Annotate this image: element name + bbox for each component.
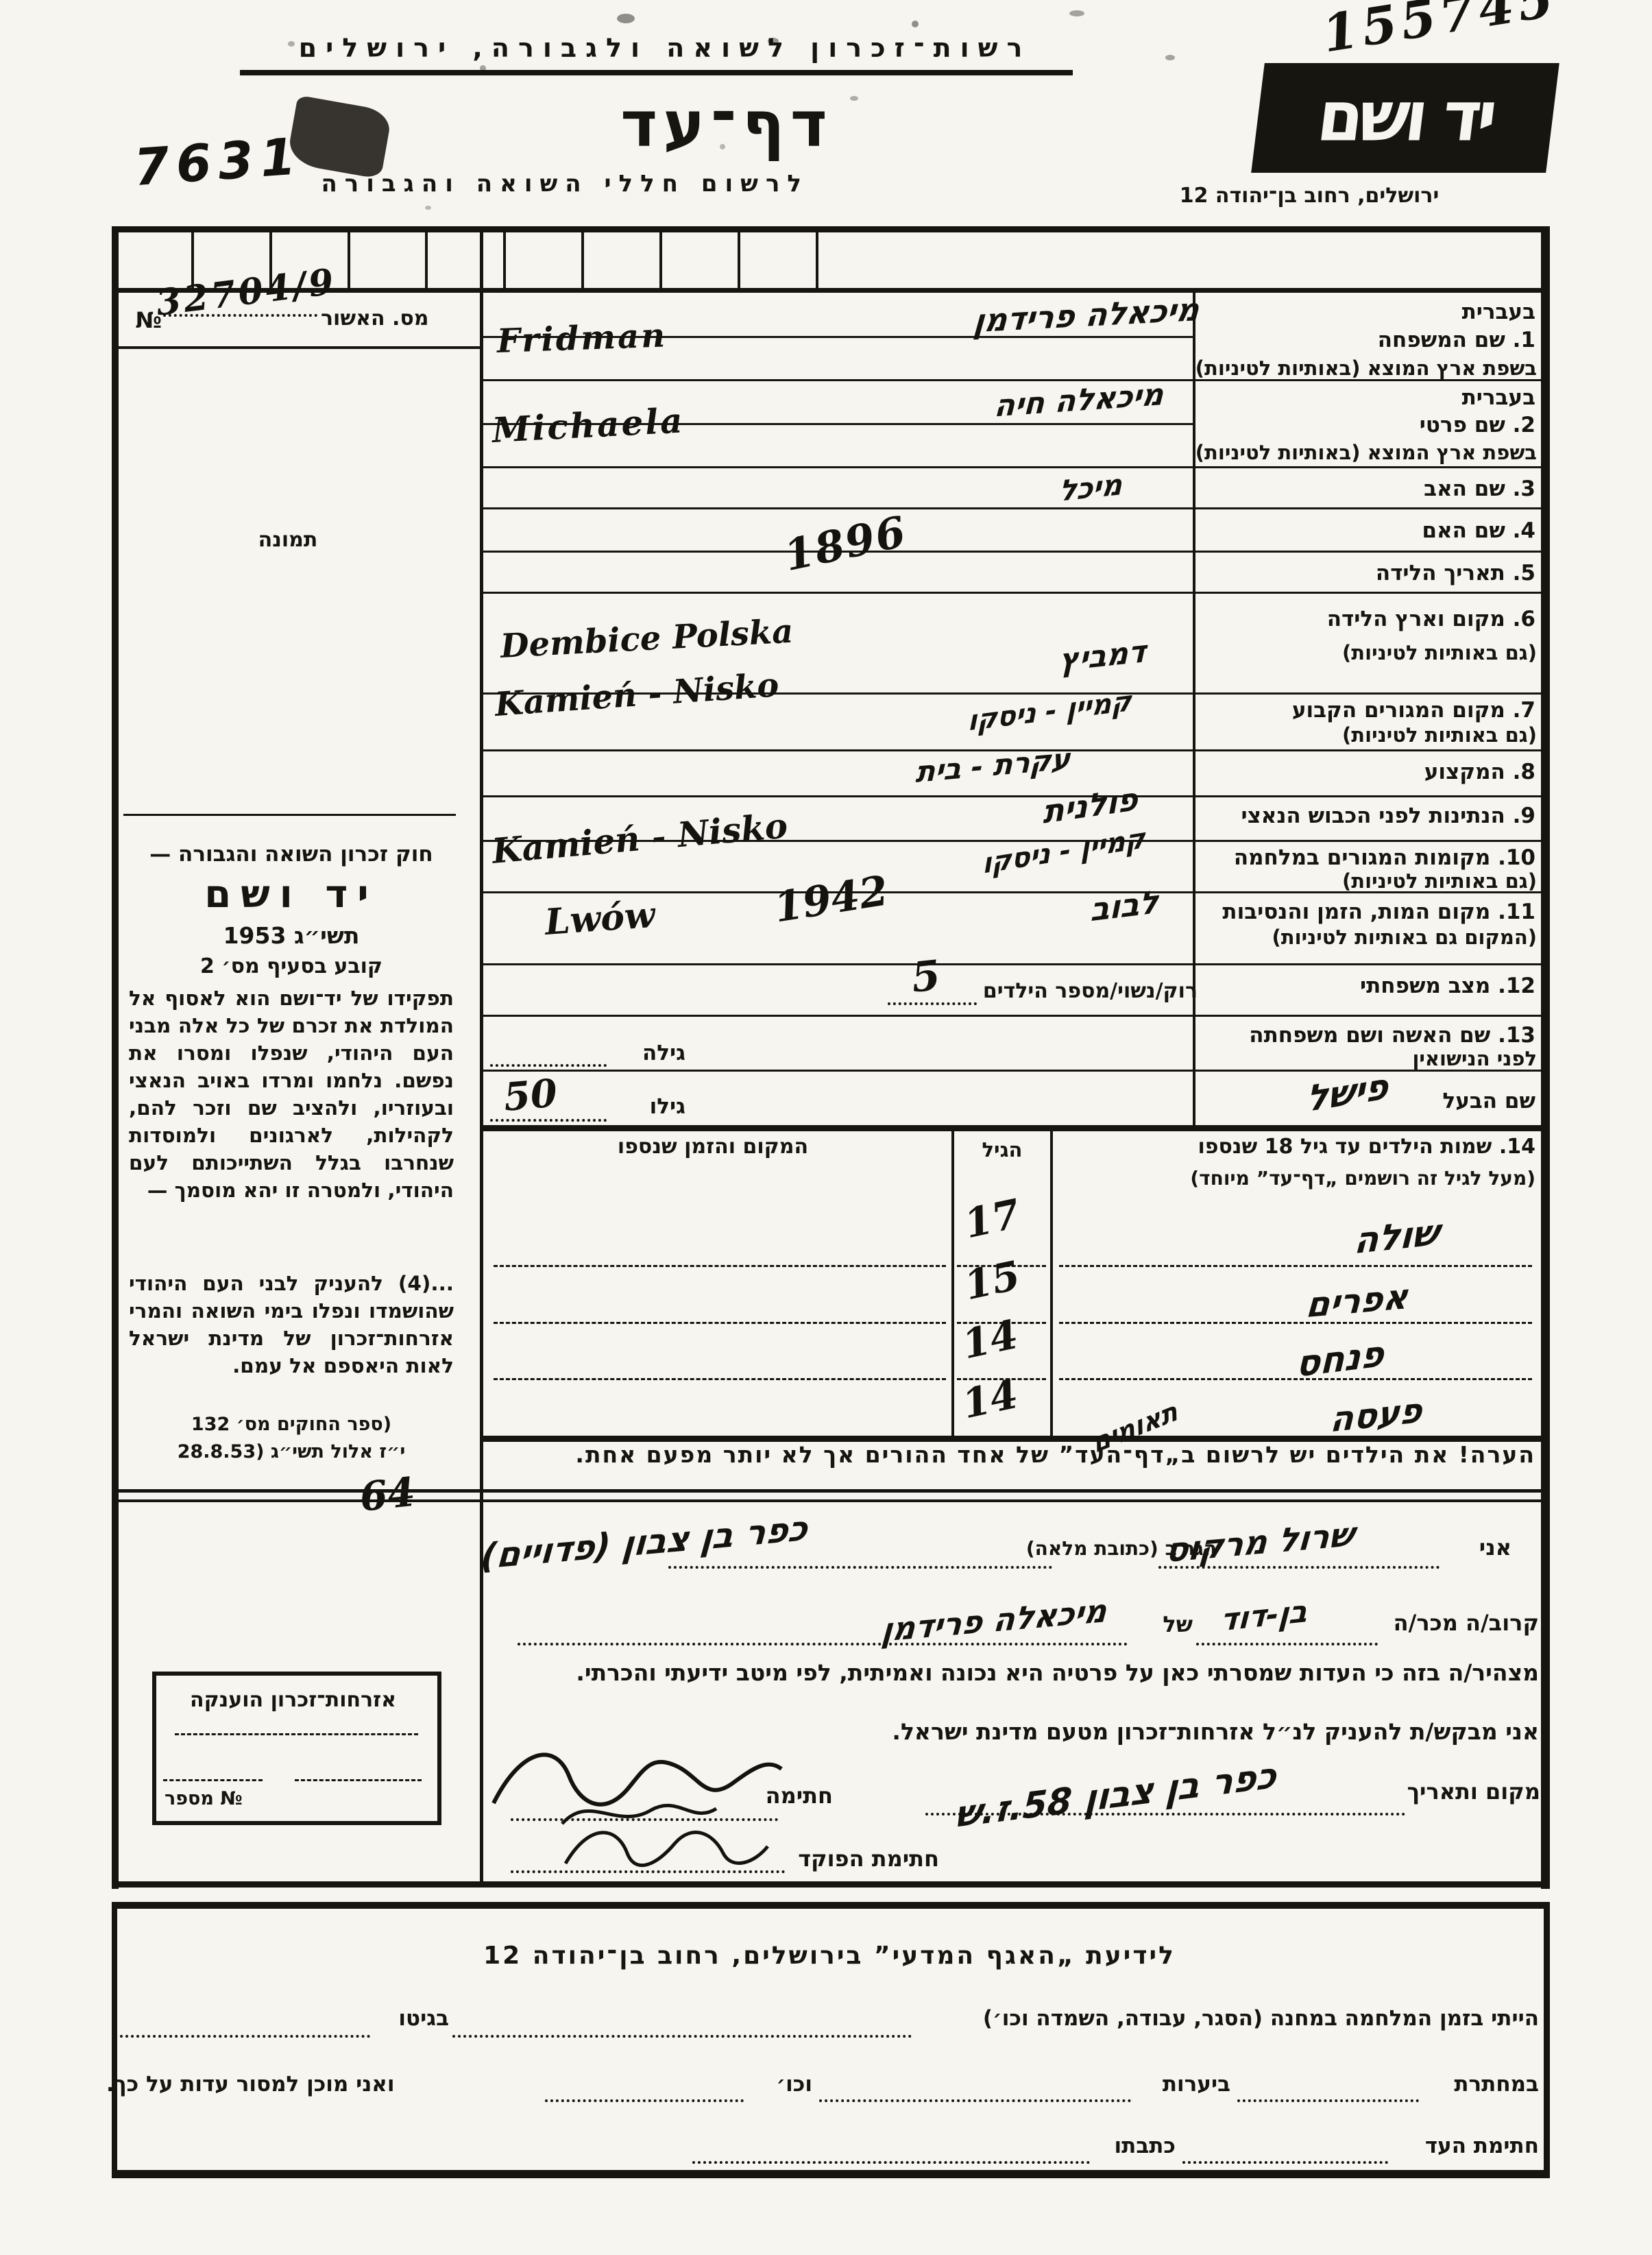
yad-vashem-logo-text: יד ושם — [1253, 76, 1557, 157]
war-residence-latin-handwritten: Kamień - Nisko — [490, 805, 789, 871]
field-number: 12. — [1498, 974, 1535, 998]
file-number-handwritten: 155745 — [1318, 0, 1561, 64]
footer-line2-dots-c — [545, 2099, 744, 2102]
child-row-line — [1059, 1322, 1532, 1324]
yad-vashem-logo: יד ושם — [1251, 63, 1559, 173]
field-text: שם פרטי — [1420, 413, 1505, 437]
family-name-hebrew-handwritten: מיכאלה פרידמן — [972, 291, 1201, 340]
field-1-sub: בשפת ארץ המוצא (באותיות לטיניות) — [1200, 357, 1537, 380]
declaration-text: מצהיר/ה בזה כי העדות שמסרתי כאן על פרטיה… — [507, 1659, 1539, 1686]
field-text: הנתינות לפני הכבוש הנאצי — [1241, 804, 1505, 828]
death-year-handwritten: 1942 — [771, 867, 892, 932]
strip-cell-divider — [659, 230, 662, 288]
children-count-line — [888, 1002, 977, 1005]
law-year: תשי״ג 1953 — [130, 922, 452, 949]
footer-line3-dots-a — [1182, 2161, 1388, 2164]
law-body-2: ...(4) להעניק לבני העם היהודי שהושמדו ונ… — [129, 1270, 454, 1379]
field-text: שם האב — [1424, 477, 1505, 501]
row-line — [483, 592, 1541, 594]
his-age-label: גילו — [617, 1094, 685, 1119]
scan-speckle — [425, 206, 431, 210]
citizenship-handwritten: פולנית — [1043, 780, 1137, 831]
double-rule-a — [115, 1489, 1541, 1493]
citizenship-granted-title: אזרחות־זכרון הוענקה — [165, 1688, 422, 1712]
field-text: מצב משפחתי — [1360, 974, 1490, 998]
footer-forests-label: ביערות — [1138, 2072, 1230, 2097]
strip-cell-divider — [581, 230, 584, 288]
field-6-label: 6. מקום וארץ הלידה — [1200, 607, 1535, 631]
child-2-age-handwritten: 15 — [960, 1252, 1024, 1309]
witness-of-handwritten: מיכאלה פרידמן — [880, 1592, 1108, 1649]
birthplace-latin-handwritten: Dembice Polska — [500, 612, 794, 666]
footer-box-top-border — [112, 1902, 1550, 1909]
field-text: שם האשה ושם משפחתה — [1249, 1023, 1490, 1048]
law-name: יד ושם — [130, 872, 452, 917]
field-number: 8. — [1513, 760, 1535, 784]
death-place-hebrew-handwritten: לבוב — [1090, 883, 1158, 929]
approval-number-label: מס. האשור — [321, 306, 465, 330]
field-5-label: 5. תאריך הלידה — [1200, 561, 1535, 586]
scan-speckle — [850, 96, 858, 101]
witness-relation-line — [1196, 1643, 1378, 1645]
child-1-name-handwritten: שולה — [1353, 1212, 1441, 1263]
citizenship-granted-line2b — [163, 1779, 263, 1781]
given-name-hebrew-handwritten: מיכאלה חיה — [993, 377, 1165, 424]
form-subtitle: לרשום חללי השואה והגבורה — [329, 170, 809, 197]
double-rule-b — [115, 1499, 1541, 1502]
footer-box-right-border — [1544, 1902, 1550, 2176]
address-number-handwritten: 64 — [357, 1469, 417, 1521]
field-number: 11. — [1498, 900, 1535, 924]
field-number: 4. — [1513, 518, 1535, 543]
strip-cell-divider — [738, 230, 740, 288]
child-row-line — [1059, 1265, 1532, 1267]
field-12-label: 12. מצב משפחתי — [1200, 974, 1535, 998]
residence-latin-handwritten: Kamień - Nisko — [494, 666, 780, 724]
main-box-right-border — [1541, 226, 1550, 1889]
photo-area-bottom-line — [123, 814, 456, 816]
field-text: מקומות המגורים במלחמה — [1234, 845, 1490, 870]
row-line — [483, 551, 1541, 553]
scan-speckle — [1069, 10, 1084, 16]
clerk-signature-label: חתימת הפוקד — [788, 1846, 939, 1872]
strip-cell-divider — [816, 230, 818, 288]
footer-address-label: כתבתו — [1090, 2134, 1176, 2158]
field-number: 2. — [1513, 413, 1535, 437]
registry-authority-line: רשות־זכרון לשואה ולגבורה, ירושלים — [243, 33, 1086, 63]
his-age-handwritten: 50 — [502, 1070, 559, 1120]
children-title: 14. שמות הילדים עד גיל 18 שנספו — [1066, 1135, 1535, 1159]
field-number: 7. — [1513, 698, 1535, 723]
law-section: קובע בסעיף מס׳ 2 — [130, 954, 452, 978]
father-name-handwritten: מיכל — [1059, 468, 1123, 508]
child-3-age-handwritten: 14 — [958, 1311, 1022, 1368]
birth-year-handwritten: 1896 — [779, 506, 911, 581]
field-number: 13. — [1498, 1023, 1535, 1048]
field-text: המקצוע — [1424, 760, 1505, 784]
field-10-sub: (גם באותיות לטיניות) — [1200, 869, 1537, 893]
law-ref-1: (ספר החוקים מס׳ 132 — [137, 1414, 446, 1435]
field-8-label: 8. המקצוע — [1200, 760, 1535, 784]
strip-cell-divider — [425, 230, 428, 288]
row-line — [483, 1015, 1541, 1017]
witness-i-label: אני — [1443, 1534, 1511, 1560]
testimony-page-scan: רשות־זכרון לשואה ולגבורה, ירושלים דף־עד … — [0, 0, 1652, 2255]
field-3-label: 3. שם האב — [1200, 477, 1535, 501]
strip-cell-divider — [348, 230, 350, 288]
main-box-top-border — [112, 226, 1549, 232]
marital-status-printed: רוק/נשוי/מספר הילדים — [982, 979, 1198, 1003]
place-date-handwritten: כפר בן צבון 58.ז.ש — [954, 1755, 1278, 1836]
field-2-sub: בשפת ארץ המוצא (באותיות לטיניות) — [1200, 441, 1537, 464]
children-col-age: הגיל — [954, 1138, 1050, 1161]
footer-line1-dots-a — [452, 2035, 912, 2038]
page-number-handwritten: 7631 — [132, 127, 304, 197]
war-residence-hebrew-handwritten: קמיין - ניסקו — [982, 823, 1145, 880]
footer-underground-label: במחתרת — [1426, 2072, 1539, 2097]
footer-box-bottom-border — [112, 2170, 1550, 2178]
footer-etc-label: וכו׳ — [751, 2072, 812, 2097]
main-box-left-border — [112, 226, 119, 1889]
children-note: הערה! את הילדים יש לרשום ב„דף־העד” של אח… — [504, 1441, 1535, 1468]
field-7-label: 7. מקום המגורים הקבוע — [1200, 698, 1535, 723]
field-number: 9. — [1513, 804, 1535, 828]
declaration-request: אני מבקש/ת להעניק לנ״ל אזרחות־זכרון מטעם… — [946, 1718, 1539, 1745]
citizenship-granted-line2a — [295, 1779, 422, 1781]
witness-residing-label: הגר ב (כתובת מלאה) — [970, 1537, 1217, 1560]
citizenship-granted-line1 — [175, 1733, 418, 1735]
footer-line2-dots-b — [819, 2099, 1131, 2102]
children-age-col-left-divider — [951, 1128, 954, 1438]
law-body-1: תפקידו של יד־ושם הוא לאסוף אל המולדת את … — [129, 985, 454, 1204]
row-line — [483, 466, 1541, 468]
field-11-sub: (המקום גם באותיות לטיניות) — [1200, 926, 1537, 949]
field-text: מקום המות, הזמן והנסיבות — [1222, 900, 1490, 924]
child-4-name-handwritten: פעסה — [1329, 1390, 1424, 1440]
footer-ghetto-label: בגיטו — [374, 2006, 449, 2031]
row-line — [483, 963, 1541, 965]
citizenship-granted-number-label: מספר № — [165, 1788, 302, 1809]
left-middle-column-divider — [480, 226, 483, 1881]
child-2-name-handwritten: אפרים — [1304, 1277, 1410, 1326]
family-name-latin-handwritten: Fridman — [496, 316, 668, 361]
field-number: 10. — [1498, 845, 1535, 870]
field-4-label: 4. שם האם — [1200, 518, 1535, 543]
field-7-sub: (גם באותיות לטיניות) — [1200, 723, 1537, 747]
place-date-label: מקום ותאריך — [1407, 1778, 1540, 1805]
clerk-signature-scribble — [555, 1816, 775, 1881]
logo-address: ירושלים, רחוב בן־יהודה 12 — [1165, 184, 1453, 208]
footer-ready-text: ואני מוכן למסור עדות על כך. — [106, 2072, 538, 2097]
field-number: 6. — [1513, 607, 1535, 631]
field-13-sub: לפני הנישואין — [1200, 1047, 1537, 1070]
field-10-label: 10. מקומות המגורים במלחמה — [1200, 845, 1535, 870]
field-6-sub: (גם באותיות לטיניות) — [1200, 641, 1537, 664]
field-number: 3. — [1513, 477, 1535, 501]
field-text: שם האם — [1422, 518, 1505, 543]
field-text: מקום וארץ הלידה — [1327, 607, 1505, 631]
witness-of-line — [518, 1643, 1128, 1645]
scan-speckle — [1165, 55, 1175, 60]
children-age-col-right-divider — [1050, 1128, 1053, 1438]
footer-line1-dots-b — [120, 2035, 370, 2038]
field-text: מקום המגורים הקבוע — [1292, 698, 1505, 723]
footer-line3-dots-b — [692, 2161, 1090, 2164]
field-2-pre: בעברית — [1200, 385, 1535, 410]
main-box-bottom-border — [112, 1881, 1550, 1888]
scan-speckle — [617, 14, 635, 23]
strip-cell-divider — [503, 230, 506, 288]
witness-address-line — [668, 1566, 1052, 1569]
field-1-label: 1. שם המשפחה — [1200, 328, 1535, 352]
children-count-handwritten: 5 — [909, 952, 943, 1002]
field-13-label: 13. שם האשה ושם משפחתה — [1200, 1023, 1535, 1048]
her-age-line — [490, 1064, 607, 1067]
scan-speckle — [912, 21, 919, 27]
law-ref-2: י״ז אלול תשי״ג (28.8.53 — [137, 1441, 446, 1462]
her-age-label: גילה — [617, 1041, 685, 1065]
footer-box-left-border — [112, 1902, 117, 2176]
field-text: תאריך הלידה — [1376, 561, 1505, 586]
children-title-sub: (מעל לגיל זה רושמים „דף־עד” מיוחד) — [1066, 1167, 1535, 1190]
approval-row-bottom-line — [113, 346, 480, 349]
field-9-label: 9. הנתינות לפני הכבוש הנאצי — [1200, 804, 1535, 828]
given-name-latin-handwritten: Michaela — [491, 400, 685, 450]
form-title: דף־עד — [603, 88, 850, 161]
photo-label: תמונה — [226, 528, 350, 552]
law-intro: חוק זכרון השואה והגבורה — — [130, 842, 452, 867]
footer-line2-dots-a — [1237, 2099, 1419, 2102]
child-1-age-handwritten: 17 — [960, 1190, 1024, 1247]
field-text: שם המשפחה — [1378, 328, 1505, 352]
birthplace-hebrew-handwritten: דמביץ — [1059, 634, 1147, 679]
field-1-pre: בעברית — [1200, 300, 1535, 324]
witness-relation-handwritten: בן-דוד — [1219, 1594, 1309, 1639]
children-col-place: המקום והזמן שנספו — [521, 1135, 905, 1159]
heavy-line-children-top — [483, 1125, 1541, 1131]
child-row-line — [494, 1265, 946, 1267]
witness-of-label: של — [1134, 1611, 1193, 1637]
child-row-line — [494, 1322, 946, 1324]
field-11-label: 11. מקום המות, הזמן והנסיבות — [1200, 900, 1535, 924]
witness-relation-label: קרוב/ה מכר/ה — [1378, 1610, 1539, 1636]
children-title-num: 14. — [1499, 1135, 1535, 1159]
child-row-line — [494, 1378, 946, 1380]
footer-line1-text: הייתי בזמן המלחמה במחנה (הסגר, עבודה, הש… — [919, 2006, 1539, 2031]
field-number: 5. — [1513, 561, 1535, 586]
footer-title: לידיעת „האגף המדעי” בירושלים, רחוב בן־יה… — [384, 1942, 1275, 1970]
row-line — [483, 795, 1541, 797]
field-2-label: 2. שם פרטי — [1200, 413, 1535, 437]
row-line — [483, 507, 1541, 509]
children-title-text: שמות הילדים עד גיל 18 שנספו — [1198, 1135, 1492, 1159]
footer-witness-signature-label: חתימת העד — [1395, 2134, 1539, 2158]
field-number: 1. — [1513, 328, 1535, 352]
death-place-latin-handwritten: Lwów — [544, 894, 657, 943]
header-rule — [240, 70, 1073, 75]
